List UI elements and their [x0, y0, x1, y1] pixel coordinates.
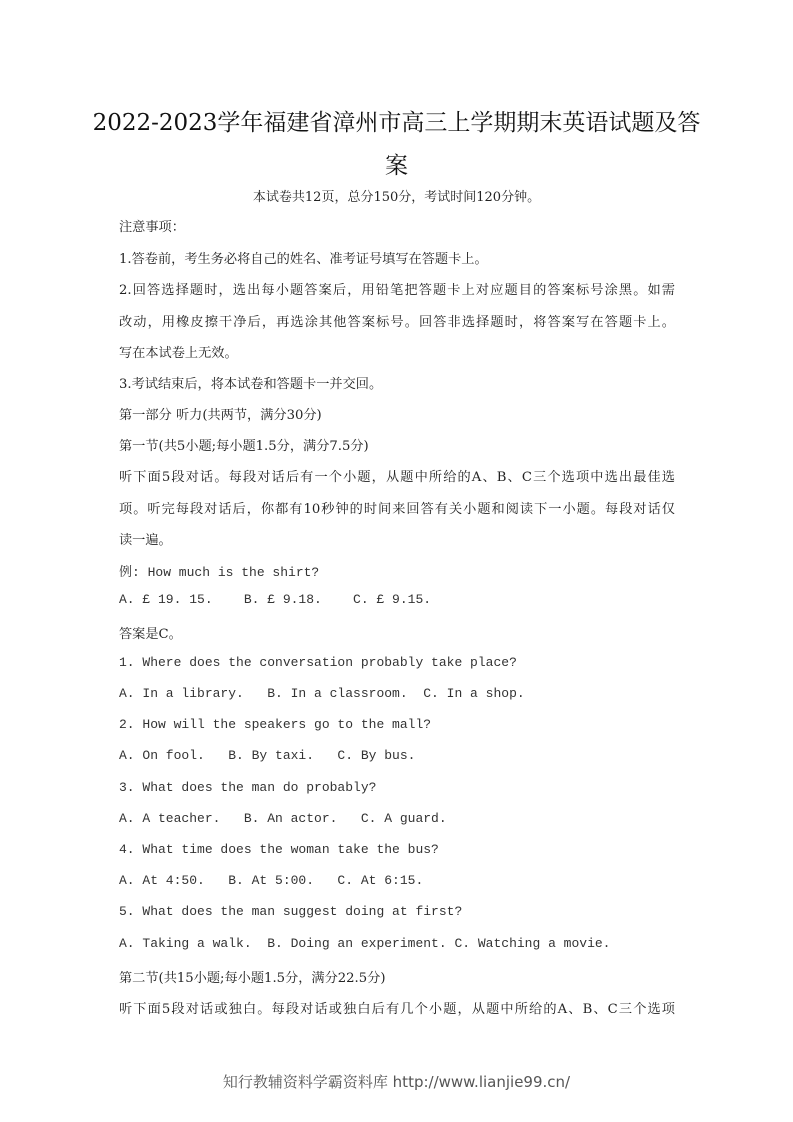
- document-title-line2: 案: [0, 147, 793, 180]
- notice-item: 2.回答选择题时，选出每小题答案后，用铅笔把答题卡上对应题目的答案标号涂黑。如需: [119, 279, 675, 298]
- question-options: A. Taking a walk. B. Doing an experiment…: [119, 936, 610, 951]
- notice-item: 1.答卷前，考生务必将自己的姓名、准考证号填写在答题卡上。: [119, 248, 488, 267]
- document-page: 2022-2023学年福建省漳州市高三上学期期末英语试题及答 案 本试卷共12页…: [0, 0, 793, 1122]
- example-answer: 答案是C。: [119, 623, 182, 642]
- question-text: 2. How will the speakers go to the mall?: [119, 717, 431, 732]
- section1-instructions: 项。听完每段对话后，你都有10秒钟的时间来回答有关小题和阅读下一小题。每段对话仅: [119, 498, 675, 517]
- notice-item: 写在本试卷上无效。: [119, 342, 238, 361]
- question-options: A. A teacher. B. An actor. C. A guard.: [119, 811, 447, 826]
- example-question: 例: How much is the shirt?: [119, 561, 319, 580]
- section1-instructions: 听下面5段对话。每段对话后有一个小题，从题中所给的A、B、C三个选项中选出最佳选: [119, 466, 675, 485]
- example-options: A. £ 19. 15. B. £ 9.18. C. £ 9.15.: [119, 592, 431, 607]
- notice-heading: 注意事项：: [119, 216, 185, 235]
- document-title-line1: 2022-2023学年福建省漳州市高三上学期期末英语试题及答: [0, 104, 793, 137]
- part1-heading: 第一部分 听力(共两节，满分30分): [119, 404, 322, 423]
- document-subtitle: 本试卷共12页，总分150分，考试时间120分钟。: [0, 186, 793, 205]
- question-options: A. In a library. B. In a classroom. C. I…: [119, 686, 525, 701]
- question-text: 5. What does the man suggest doing at fi…: [119, 904, 462, 919]
- notice-item: 3.考试结束后，将本试卷和答题卡一并交回。: [119, 373, 382, 392]
- section2-heading: 第二节(共15小题;每小题1.5分，满分22.5分): [119, 967, 385, 986]
- question-options: A. On fool. B. By taxi. C. By bus.: [119, 748, 415, 763]
- section1-heading: 第一节(共5小题;每小题1.5分，满分7.5分): [119, 435, 369, 454]
- question-text: 3. What does the man do probably?: [119, 780, 376, 795]
- notice-item: 改动，用橡皮擦干净后，再选涂其他答案标号。回答非选择题时，将答案写在答题卡上。: [119, 311, 675, 330]
- watermark-footer: 知行教辅资料学霸资料库 http://www.lianjie99.cn/: [0, 1071, 793, 1092]
- question-text: 1. Where does the conversation probably …: [119, 655, 517, 670]
- section1-instructions: 读一遍。: [119, 529, 172, 548]
- question-options: A. At 4:50. B. At 5:00. C. At 6:15.: [119, 873, 423, 888]
- question-text: 4. What time does the woman take the bus…: [119, 842, 439, 857]
- section2-instructions: 听下面5段对话或独白。每段对话或独白后有几个小题，从题中所给的A、B、C三个选项: [119, 998, 675, 1017]
